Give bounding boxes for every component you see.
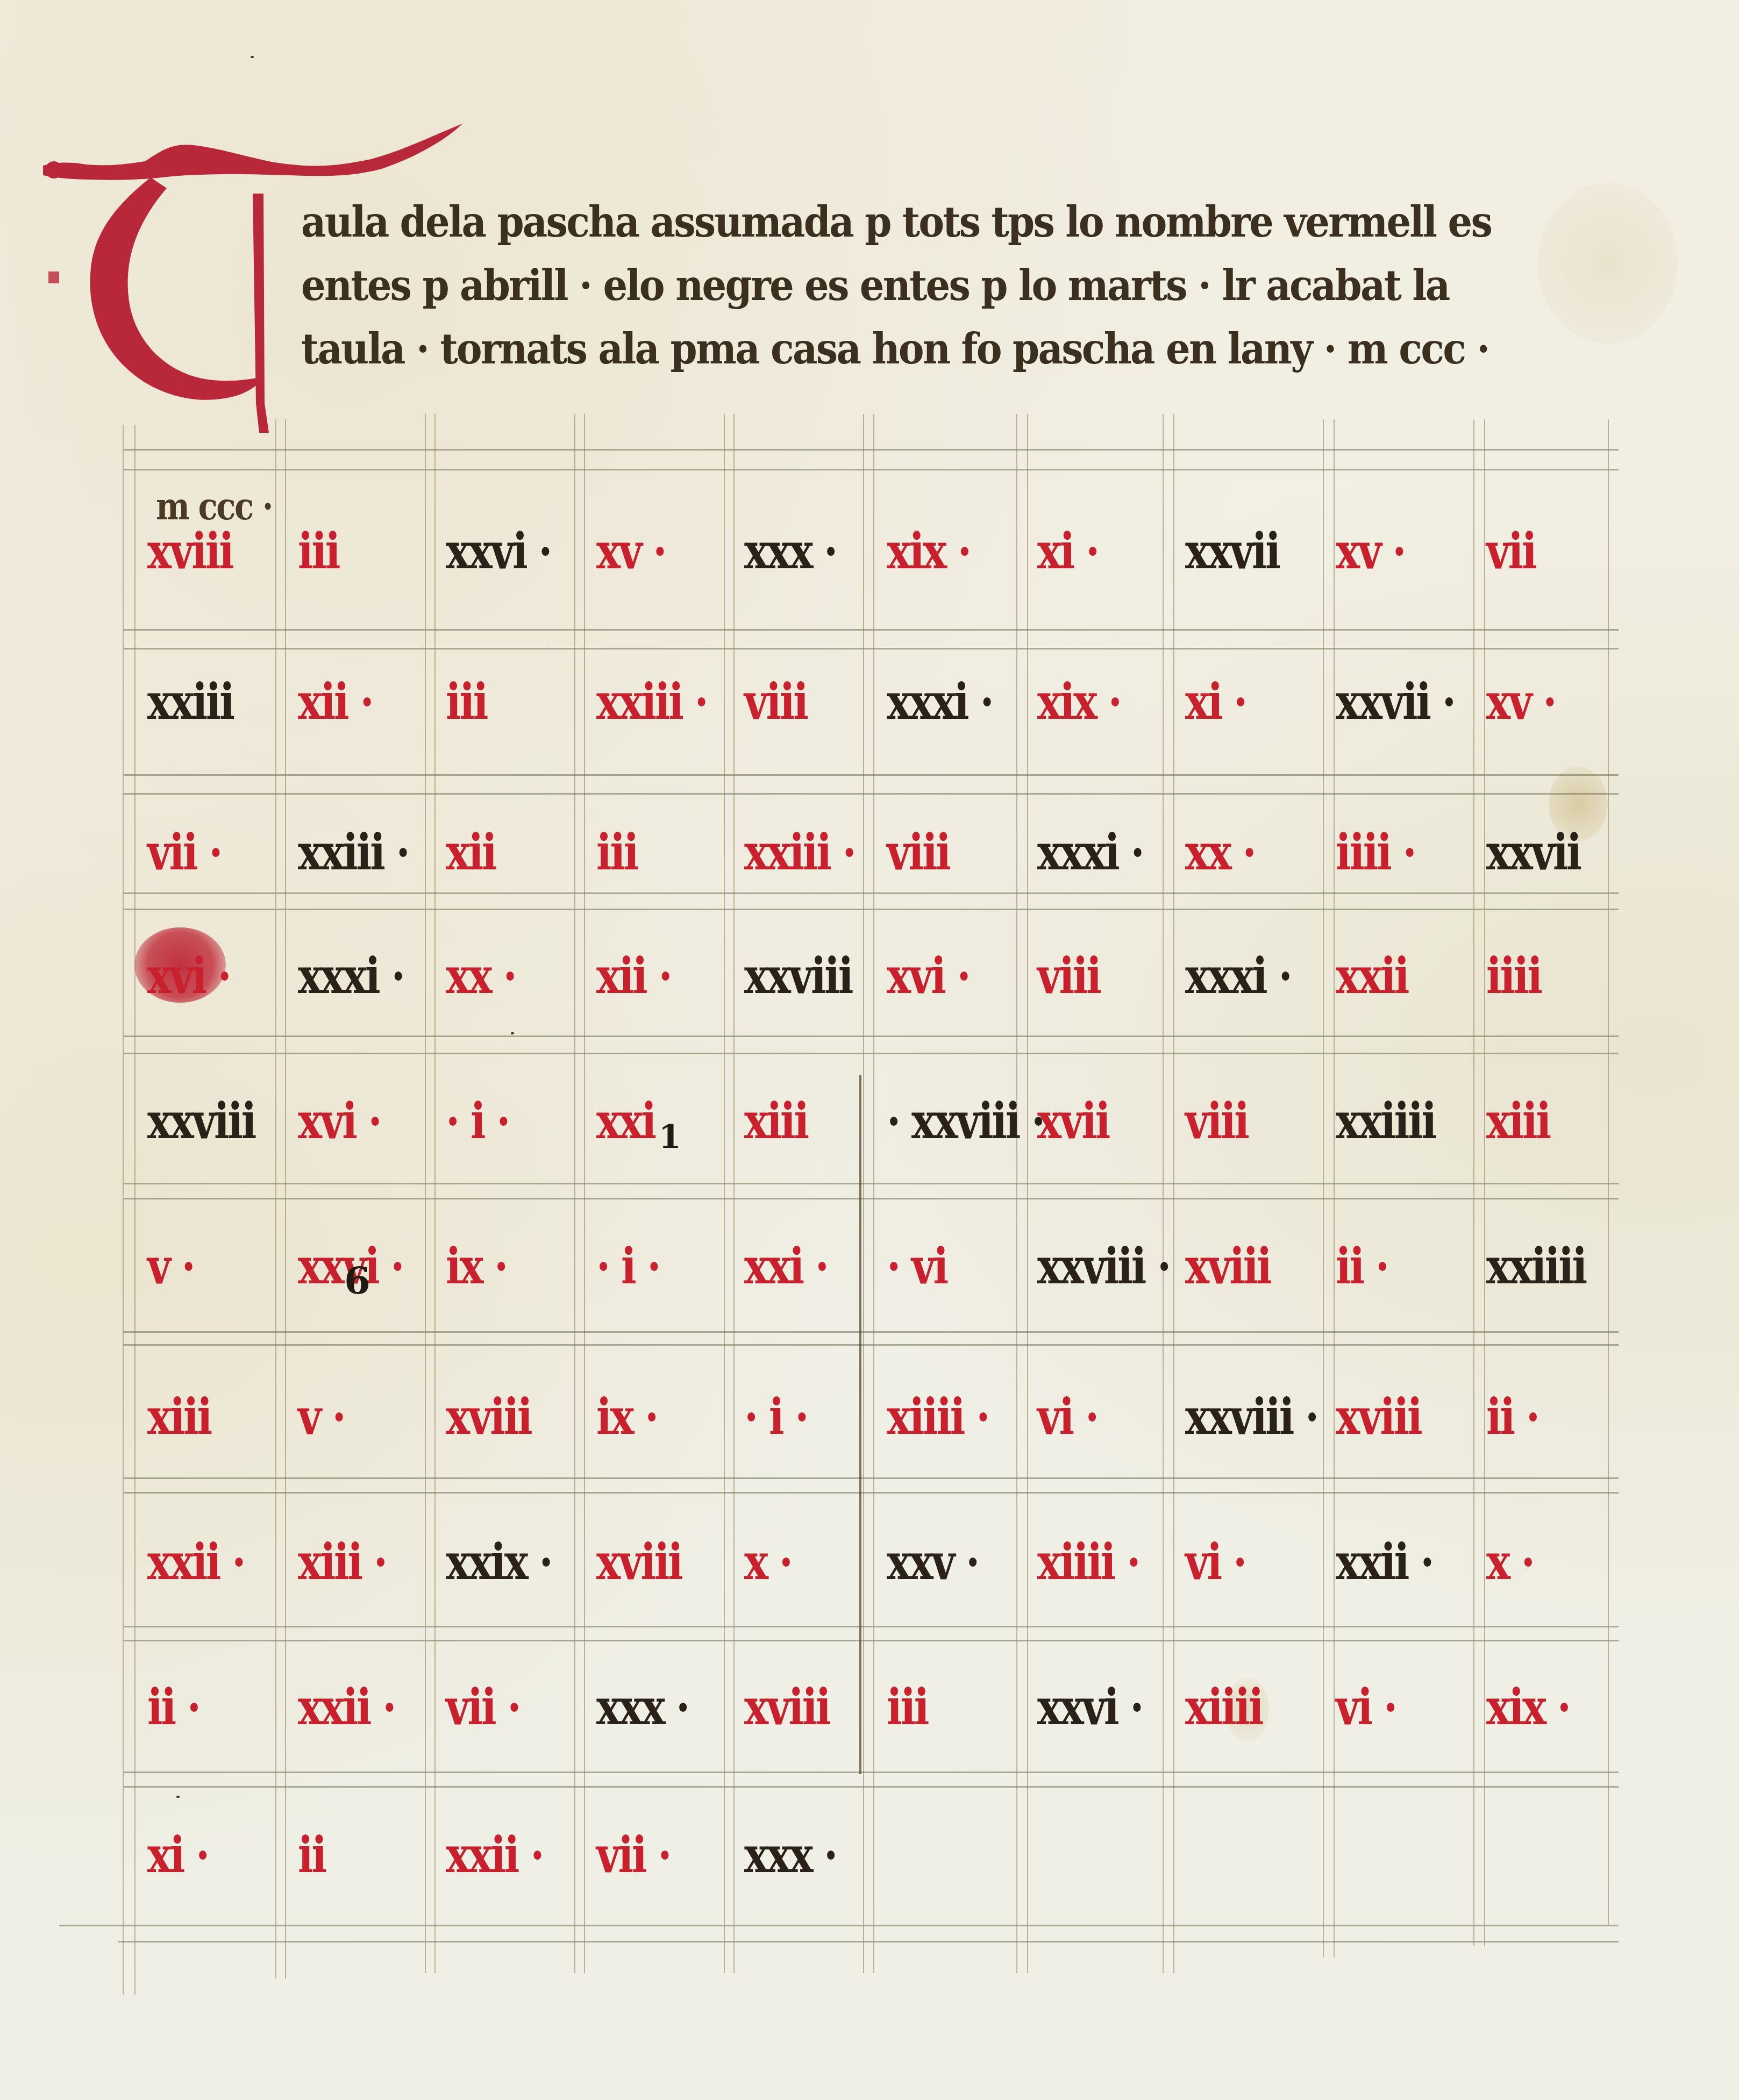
table-cell: vi · (1024, 1371, 1172, 1478)
date-numeral: vii · (446, 1677, 519, 1737)
date-numeral: xxxi · (887, 672, 992, 731)
table-cell: viii (731, 656, 879, 763)
table-cell: xv · (1473, 656, 1621, 763)
table-cell: xxiii · (583, 656, 731, 763)
table-cell: xvii (1024, 1075, 1172, 1183)
table-cell: xxviii (731, 930, 879, 1038)
table-cell: xxii · (1323, 1516, 1470, 1624)
table-cell: xxvi · (433, 505, 580, 613)
date-numeral: · vi (887, 1237, 947, 1296)
ruling-line (124, 1786, 1619, 1788)
table-cell: ii · (1323, 1220, 1470, 1328)
table-cell: x · (731, 1516, 879, 1624)
table-cell: xxiiii (1473, 1220, 1621, 1328)
date-numeral: · i · (596, 1237, 659, 1296)
table-cell: xiii (134, 1371, 282, 1478)
ink-speck (176, 1796, 180, 1798)
table-cell: xix · (1024, 656, 1172, 763)
table-cell: xviii (583, 1516, 731, 1624)
table-cell: xviii (731, 1661, 879, 1769)
table-cell: xx · (1172, 806, 1320, 914)
table-cell: xxvii (1473, 806, 1621, 914)
date-numeral: viii (887, 823, 950, 882)
date-numeral: xvi · (147, 946, 230, 1005)
table-cell: xviii (433, 1371, 580, 1478)
table-cell: iii (874, 1661, 1021, 1769)
table-cell: xiiii (1172, 1661, 1320, 1769)
table-cell: xii · (583, 930, 731, 1038)
rubric-line-1: aula dela pascha assumada p tots tps lo … (301, 191, 1498, 254)
date-numeral: xxv · (887, 1532, 978, 1591)
table-cell: xxxi · (1024, 806, 1172, 914)
ink-speck (251, 56, 254, 58)
date-numeral: vi · (1037, 1387, 1097, 1446)
date-numeral: xiii (1486, 1091, 1550, 1151)
date-numeral: xxxi · (1185, 946, 1291, 1005)
ruling-line (124, 1772, 1619, 1773)
date-numeral: vi · (1336, 1677, 1396, 1737)
date-numeral: xi · (1185, 672, 1246, 731)
table-cell: xxviii · (1024, 1220, 1172, 1328)
table-cell: viii (1172, 1075, 1320, 1183)
table-cell: xiii · (285, 1516, 432, 1624)
date-numeral: v · (147, 1237, 194, 1296)
date-numeral: xxviii (147, 1091, 255, 1151)
table-row: xxii ·xiii ·xxix ·xviiix ·xxv ·xiiii ·vi… (134, 1516, 1608, 1624)
table-row: ii ·xxii ·vii ·xxx ·xviiiiiixxvi ·xiiiiv… (134, 1661, 1608, 1769)
table-cell: ii · (134, 1661, 282, 1769)
date-numeral: iii (298, 522, 339, 581)
date-numeral: xviii (1185, 1237, 1270, 1296)
table-cell: vi · (1172, 1516, 1320, 1624)
overwrite-annotation: 1 (659, 1118, 681, 1156)
table-cell: · vi (874, 1220, 1021, 1328)
overwrite-annotation: 6 (344, 1258, 370, 1303)
date-numeral: xxvii (1185, 522, 1279, 581)
table-cell: xxi (583, 1075, 731, 1183)
date-numeral: xxviii (744, 946, 852, 1005)
table-cell: vii · (433, 1661, 580, 1769)
date-numeral: xv · (1486, 672, 1555, 731)
ruling-line (124, 774, 1619, 776)
table-cell: · i · (433, 1075, 580, 1183)
date-numeral: iii (446, 672, 487, 731)
date-numeral: · i · (446, 1091, 509, 1151)
date-numeral: xxvii · (1336, 672, 1455, 731)
table-cell: ii · (1473, 1371, 1621, 1478)
table-cell: x · (1473, 1516, 1621, 1624)
date-numeral: xviii (147, 522, 232, 581)
table-cell: xxii · (134, 1516, 282, 1624)
table-cell: · i · (583, 1220, 731, 1328)
table-cell: xix · (874, 505, 1021, 613)
date-numeral: xviii (1336, 1387, 1421, 1446)
ruling-line (124, 1626, 1619, 1627)
rubric-line-3: taula · tornats ala pma casa hon fo pasc… (301, 318, 1498, 381)
table-cell: xxii · (285, 1661, 432, 1769)
table-cell: xvi · (874, 930, 1021, 1038)
date-numeral: xxvi · (446, 522, 551, 581)
date-numeral: xxx · (744, 522, 836, 581)
date-numeral: xxvi · (1037, 1677, 1142, 1737)
table-cell: xx · (433, 930, 580, 1038)
date-numeral: xii · (596, 946, 671, 1005)
date-numeral: v · (298, 1387, 345, 1446)
table-cell: xvi · (285, 1075, 432, 1183)
rubric-heading: aula dela pascha assumada p tots tps lo … (301, 191, 1602, 381)
date-numeral: xxii · (1336, 1532, 1432, 1591)
ruling-line (124, 449, 1619, 451)
date-numeral: ii · (147, 1677, 199, 1737)
date-numeral: xxi · (744, 1237, 828, 1296)
date-numeral: xxx · (744, 1825, 836, 1884)
date-numeral: xxii · (446, 1825, 543, 1884)
table-cell: xxviii (134, 1075, 282, 1183)
table-cell: xiii (731, 1075, 879, 1183)
date-numeral: xii (446, 823, 495, 882)
table-cell: xxi · (731, 1220, 879, 1328)
table-cell: iii (583, 806, 731, 914)
ruling-line (59, 1925, 1619, 1926)
table-cell: xxxi · (285, 930, 432, 1038)
date-numeral: xvi · (887, 946, 970, 1005)
table-cell: iii (285, 505, 432, 613)
table-cell: xiiii · (874, 1371, 1021, 1478)
table-cell: xi · (1024, 505, 1172, 613)
date-numeral: xxii · (147, 1532, 244, 1591)
date-numeral: xxxi · (298, 946, 403, 1005)
date-numeral: xxii (1336, 946, 1408, 1005)
ruling-line (124, 1640, 1619, 1641)
date-numeral: xviii (744, 1677, 829, 1737)
table-cell: xii · (285, 656, 432, 763)
date-numeral: xiii · (298, 1532, 386, 1591)
table-cell: xviii (134, 505, 282, 613)
date-numeral: xxiiii (1486, 1237, 1586, 1296)
table-row: vii ·xxiii ·xiiiiixxiii ·viiixxxi ·xx ·i… (134, 806, 1608, 914)
table-cell: iiii · (1323, 806, 1470, 914)
table-row: xviiiiiixxvi ·xv ·xxx ·xix ·xi ·xxviixv … (134, 505, 1608, 613)
date-numeral: iii (887, 1677, 928, 1737)
table-cell: vii · (583, 1809, 731, 1917)
date-numeral: ii (298, 1825, 325, 1884)
table-cell: vii · (134, 806, 282, 914)
table-cell: xxii (1323, 930, 1470, 1038)
table-cell: iii (433, 656, 580, 763)
date-numeral: xxix · (446, 1532, 551, 1591)
date-numeral: xxx · (596, 1677, 688, 1737)
ruling-line (124, 469, 1619, 470)
date-numeral: vii (1486, 522, 1535, 581)
date-numeral: xxiii · (596, 672, 707, 731)
ruling-line (124, 1492, 1619, 1494)
date-numeral: xvii (1037, 1091, 1109, 1151)
date-numeral: xiii (147, 1387, 211, 1446)
table-cell: xii (433, 806, 580, 914)
date-numeral: xiiii · (887, 1387, 988, 1446)
date-numeral: xviii (446, 1387, 531, 1446)
date-numeral: xix · (1486, 1677, 1570, 1737)
date-numeral: vii · (596, 1825, 670, 1884)
date-numeral: xxii · (298, 1677, 395, 1737)
table-cell: xxiiii (1323, 1075, 1470, 1183)
date-numeral: ii · (1336, 1237, 1388, 1296)
table-cell: xxviii · (1172, 1371, 1320, 1478)
ruling-line (124, 1053, 1619, 1054)
date-numeral: xi · (1037, 522, 1098, 581)
date-numeral: xxi (596, 1091, 655, 1151)
date-numeral: xxiii · (744, 823, 854, 882)
table-row: xiiiv ·xviiiix ·· i ·xiiii ·vi ·xxviii ·… (134, 1371, 1608, 1478)
date-numeral: iii (596, 823, 637, 882)
date-numeral: xxxi · (1037, 823, 1143, 882)
table-cell: xxvii · (1323, 656, 1470, 763)
table-cell: xxxi · (1172, 930, 1320, 1038)
date-numeral: iiii · (1336, 823, 1415, 882)
ruling-line (124, 793, 1619, 795)
table-cell: viii (874, 806, 1021, 914)
table-cell: xxx · (731, 505, 879, 613)
table-cell: xvi · (134, 930, 282, 1038)
table-cell: v · (285, 1371, 432, 1478)
date-numeral: xii · (298, 672, 372, 731)
date-numeral: ix · (446, 1237, 507, 1296)
date-numeral: vii · (147, 823, 221, 882)
date-numeral: xxiiii (1336, 1091, 1435, 1151)
table-cell: xi · (1172, 656, 1320, 763)
table-cell: xxiii · (285, 806, 432, 914)
date-numeral: xiiii · (1037, 1532, 1139, 1591)
table-row: xxviiixvi ·· i ·xxixiii· xxviii ·xviivii… (134, 1075, 1608, 1183)
date-numeral: · xxviii · (887, 1091, 1044, 1151)
date-numeral: xviii (596, 1532, 681, 1591)
date-numeral: xxiii (147, 672, 233, 731)
date-numeral: vi · (1185, 1532, 1245, 1591)
table-cell: iiii (1473, 930, 1621, 1038)
table-cell: v · (134, 1220, 282, 1328)
date-numeral: xx · (1185, 823, 1255, 882)
ruling-line (124, 1344, 1619, 1346)
table-cell: viii (1024, 930, 1172, 1038)
rubric-line-2: entes p abrill · elo negre es entes p lo… (301, 254, 1498, 318)
date-numeral: xvi · (298, 1091, 381, 1151)
table-cell: xxix · (433, 1516, 580, 1624)
table-row: xvi ·xxxi ·xx ·xii ·xxviiixvi ·viiixxxi … (134, 930, 1608, 1038)
table-cell: · i · (731, 1371, 879, 1478)
date-numeral: xiiii (1185, 1677, 1262, 1737)
table-cell: xxvi · (1024, 1661, 1172, 1769)
table-cell: vii (1473, 505, 1621, 613)
table-cell: xxx · (583, 1661, 731, 1769)
table-cell: xix · (1473, 1661, 1621, 1769)
table-cell: xiiii · (1024, 1516, 1172, 1624)
date-numeral: viii (1037, 946, 1100, 1005)
date-numeral: ii · (1486, 1387, 1538, 1446)
table-cell: xv · (1323, 505, 1470, 613)
date-numeral: xix · (887, 522, 970, 581)
date-numeral: xi · (147, 1825, 208, 1884)
table-cell: xxiii (134, 656, 282, 763)
date-numeral: xv · (1336, 522, 1405, 581)
table-cell: xxii · (433, 1809, 580, 1917)
table-row: xi ·iixxii ·vii ·xxx · (134, 1809, 1608, 1917)
table-cell: · xxviii · (874, 1075, 1021, 1183)
ruling-line (124, 1183, 1619, 1184)
table-cell: xiii (1473, 1075, 1621, 1183)
date-numeral: ix · (596, 1387, 657, 1446)
date-numeral: xix · (1037, 672, 1121, 731)
ruling-line (124, 1331, 1619, 1333)
table-cell: xxx · (731, 1809, 879, 1917)
manuscript-page: aula dela pascha assumada p tots tps lo … (0, 0, 1739, 2100)
date-numeral: x · (1486, 1532, 1534, 1591)
date-numeral: xxvii (1486, 823, 1580, 882)
ruling-line (124, 629, 1619, 631)
table-cell: vi · (1323, 1661, 1470, 1769)
table-cell: xxxi · (874, 656, 1021, 763)
date-numeral: xxviii · (1037, 1237, 1170, 1296)
ruling-line (118, 1941, 1619, 1942)
table-cell: xviii (1172, 1220, 1320, 1328)
date-numeral: xxiii · (298, 823, 408, 882)
ruling-line (124, 1198, 1619, 1199)
table-cell: xviii (1323, 1371, 1470, 1478)
table-cell: xxvii (1172, 505, 1320, 613)
table-row: xxiiixii ·iiixxiii ·viiixxxi ·xix ·xi ·x… (134, 656, 1608, 763)
date-numeral: viii (1185, 1091, 1248, 1151)
date-numeral: xv · (596, 522, 665, 581)
table-cell: ix · (583, 1371, 731, 1478)
table-cell: ii (285, 1809, 432, 1917)
ruling-line (124, 648, 1619, 649)
column-ruling (123, 425, 124, 1995)
date-numeral: viii (744, 672, 807, 731)
table-cell: xi · (134, 1809, 282, 1917)
table-cell: xxv · (874, 1516, 1021, 1624)
date-numeral: xxviii · (1185, 1387, 1317, 1446)
table-cell: xv · (583, 505, 731, 613)
date-numeral: xiii (744, 1091, 808, 1151)
date-numeral: · i · (744, 1387, 807, 1446)
date-numeral: xx · (446, 946, 515, 1005)
table-cell: xxiii · (731, 806, 879, 914)
date-numeral: x · (744, 1532, 792, 1591)
table-cell: ix · (433, 1220, 580, 1328)
date-numeral: iiii (1486, 946, 1541, 1005)
